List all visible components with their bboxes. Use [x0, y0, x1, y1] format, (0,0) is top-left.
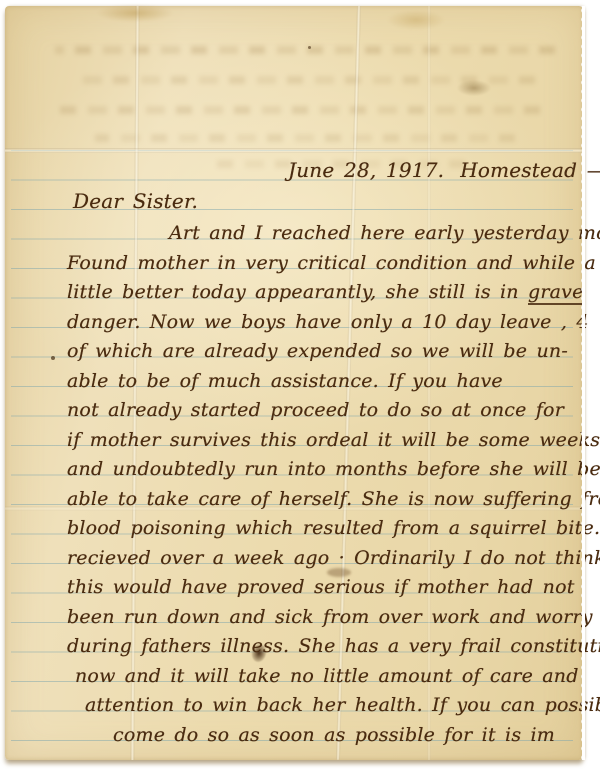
- fold-crease-horizontal-top: [5, 148, 583, 153]
- letter-line: able to take care of herself. She is now…: [67, 485, 600, 515]
- bleed-through-marks: [60, 106, 540, 114]
- letter-line: and undoubtedly run into months before s…: [67, 455, 600, 485]
- bleed-through-marks: [55, 46, 555, 54]
- letter-line: blood poisoning which resulted from a sq…: [67, 514, 600, 544]
- stain: [387, 10, 445, 30]
- date-line: June 28, 1917.Homestead ——: [288, 158, 600, 182]
- salutation-text: Dear Sister.: [73, 189, 198, 213]
- letter-line: now and it will take no little amount of…: [67, 662, 600, 692]
- bleed-through-marks: [95, 134, 515, 142]
- letter-line: come do so as soon as possible for it is…: [67, 721, 600, 751]
- photo-background: June 28, 1917.Homestead —— Dear Sister. …: [0, 0, 600, 771]
- letter-line: during fathers illness. She has a very f…: [67, 632, 600, 662]
- letter-line: Art and I reached here early yesterday m…: [67, 219, 600, 249]
- letter-line: been run down and sick from over work an…: [67, 603, 600, 633]
- torn-edge-scallops: [574, 6, 585, 760]
- bleed-through-marks: [75, 76, 535, 84]
- ink-speck: [51, 356, 55, 360]
- letter-body: Art and I reached here early yesterday m…: [67, 219, 600, 750]
- letter-line: recieved over a week ago · Ordinarily I …: [67, 544, 600, 574]
- letter-line: of which are already expended so we will…: [67, 337, 600, 367]
- letter-line: if mother survives this ordeal it will b…: [67, 426, 600, 456]
- date-text: June 28, 1917.: [288, 158, 444, 182]
- letter-line: able to be of much assistance. If you ha…: [67, 367, 600, 397]
- letter-paper: June 28, 1917.Homestead —— Dear Sister. …: [5, 6, 583, 760]
- letter-line: danger. Now we boys have only a 10 day l…: [67, 308, 600, 338]
- letter-line: this would have proved serious if mother…: [67, 573, 600, 603]
- letter-line: attention to win back her health. If you…: [67, 691, 600, 721]
- letter-line: little better today appearantly, she sti…: [67, 278, 600, 308]
- letter-line: Found mother in very critical condition …: [67, 249, 600, 279]
- letter-line: not already started proceed to do so at …: [67, 396, 600, 426]
